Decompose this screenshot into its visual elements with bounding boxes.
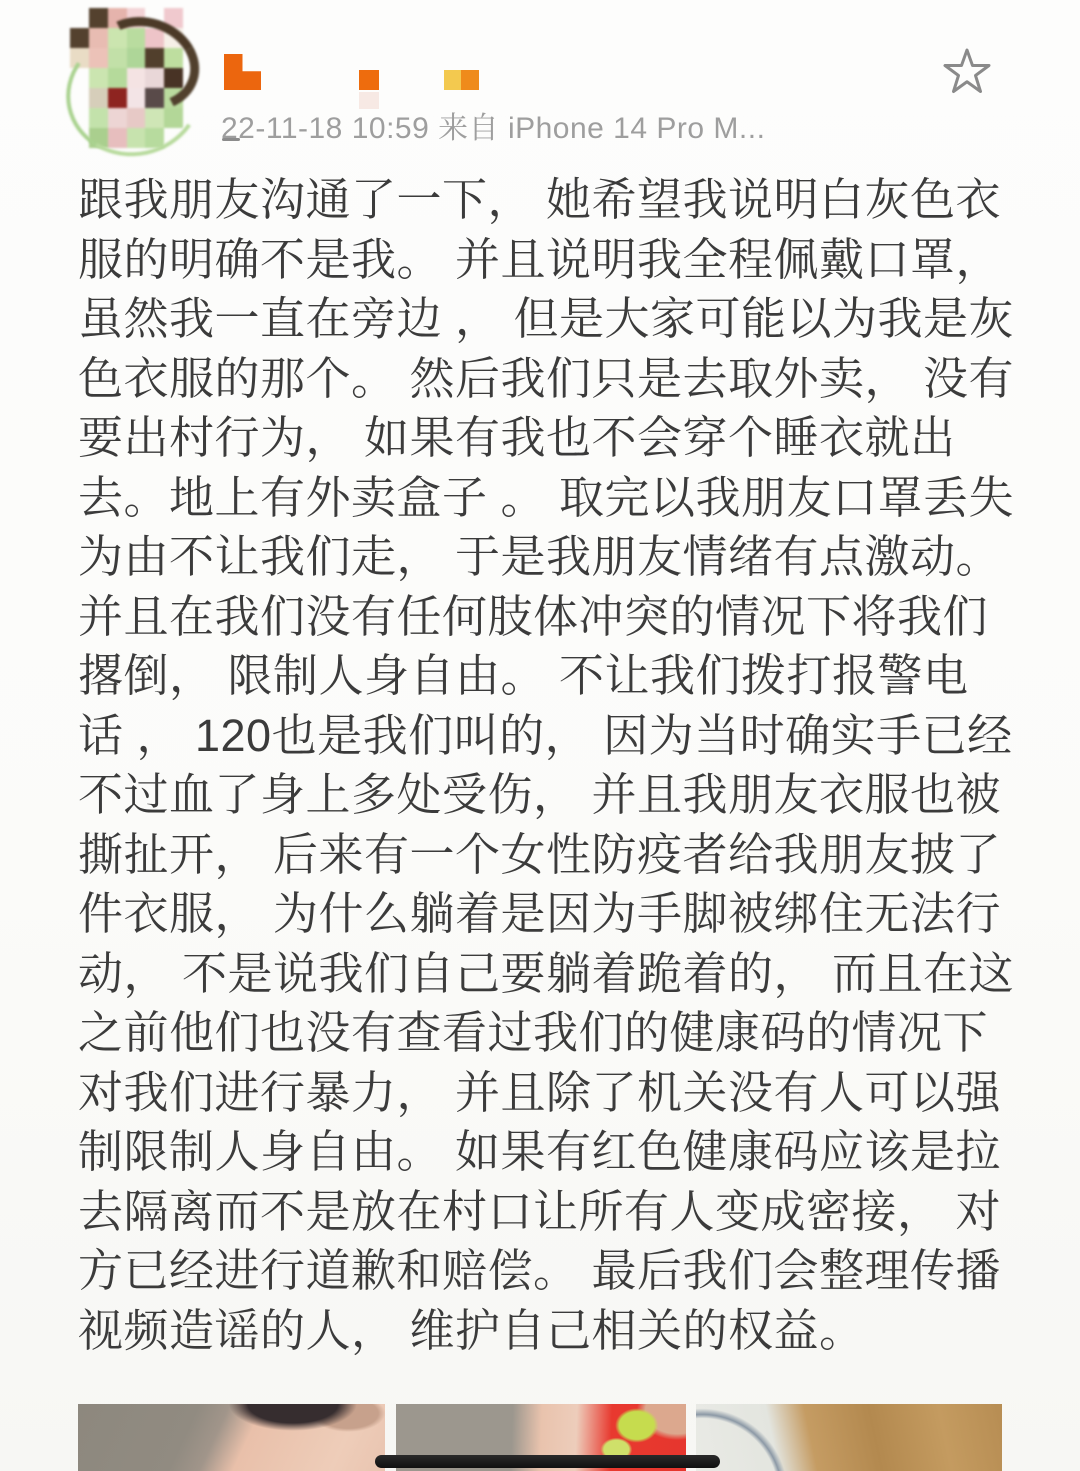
post-line: 话 ， 120也是我们叫的， 因为当时确实手已经 xyxy=(78,706,1018,766)
photo-thumbnail-3[interactable] xyxy=(696,1404,1002,1471)
home-indicator-bar xyxy=(375,1455,720,1468)
timestamp-underline-artifact xyxy=(222,138,240,141)
post-line: 并且在我们没有任何肢体冲突的情况下将我们 xyxy=(78,587,1018,647)
post-line: 去。地上有外卖盒子 。 取完以我朋友口罩丢失 xyxy=(78,468,1018,528)
photo-thumbnail-1[interactable] xyxy=(78,1404,385,1471)
post-line: 为由不让我们走， 于是我朋友情绪有点激动。 xyxy=(78,527,1018,587)
post-line: 去隔离而不是放在村口让所有人变成密接， 对 xyxy=(78,1182,1018,1242)
post-line: 制限制人身自由。 如果有红色健康码应该是拉 xyxy=(78,1122,1018,1182)
post-line: 色衣服的那个。 然后我们只是去取外卖， 没有 xyxy=(78,349,1018,409)
post-line: 服的明确不是我。 并且说明我全程佩戴口罩， xyxy=(78,230,1018,290)
favorite-star-icon[interactable] xyxy=(942,46,992,96)
username-redacted-block-yellow xyxy=(444,70,461,90)
username-redacted-block-orange xyxy=(461,70,479,90)
post-line: 跟我朋友沟通了一下， 她希望我说明白灰色衣 xyxy=(78,170,1018,230)
post-line: 对我们进行暴力， 并且除了机关没有人可以强 xyxy=(78,1063,1018,1123)
post-text: 跟我朋友沟通了一下， 她希望我说明白灰色衣 服的明确不是我。 并且说明我全程佩戴… xyxy=(78,170,1018,1360)
post-line: 动， 不是说我们自己要躺着跪着的， 而且在这 xyxy=(78,944,1018,1004)
post-line: 撂倒， 限制人身自由。 不让我们拨打报警电 xyxy=(78,646,1018,706)
post-line: 方已经进行道歉和赔偿。 最后我们会整理传播 xyxy=(78,1241,1018,1301)
avatar[interactable] xyxy=(70,8,202,148)
username-redacted-block-square xyxy=(359,70,379,90)
post-line: 视频造谣的人， 维护自己相关的权益。 xyxy=(78,1301,1018,1361)
post-line: 之前他们也没有查看过我们的健康码的情况下 xyxy=(78,1003,1018,1063)
post-timestamp[interactable]: 22-11-18 10:59 来自 iPhone 14 Pro M... xyxy=(221,103,765,147)
username-redacted-block-l xyxy=(224,54,261,90)
post-line: 虽然我一直在旁边 ， 但是大家可能以为我是灰 xyxy=(78,289,1018,349)
post-line: 不过血了身上多处受伤， 并且我朋友衣服也被 xyxy=(78,765,1018,825)
weibo-post-screen: 22-11-18 10:59 来自 iPhone 14 Pro M... 跟我朋… xyxy=(0,0,1080,1471)
post-line: 要出村行为， 如果有我也不会穿个睡衣就出 xyxy=(78,408,1018,468)
post-line: 撕扯开， 后来有一个女性防疫者给我朋友披了 xyxy=(78,825,1018,885)
post-line: 件衣服， 为什么躺着是因为手脚被绑住无法行 xyxy=(78,884,1018,944)
